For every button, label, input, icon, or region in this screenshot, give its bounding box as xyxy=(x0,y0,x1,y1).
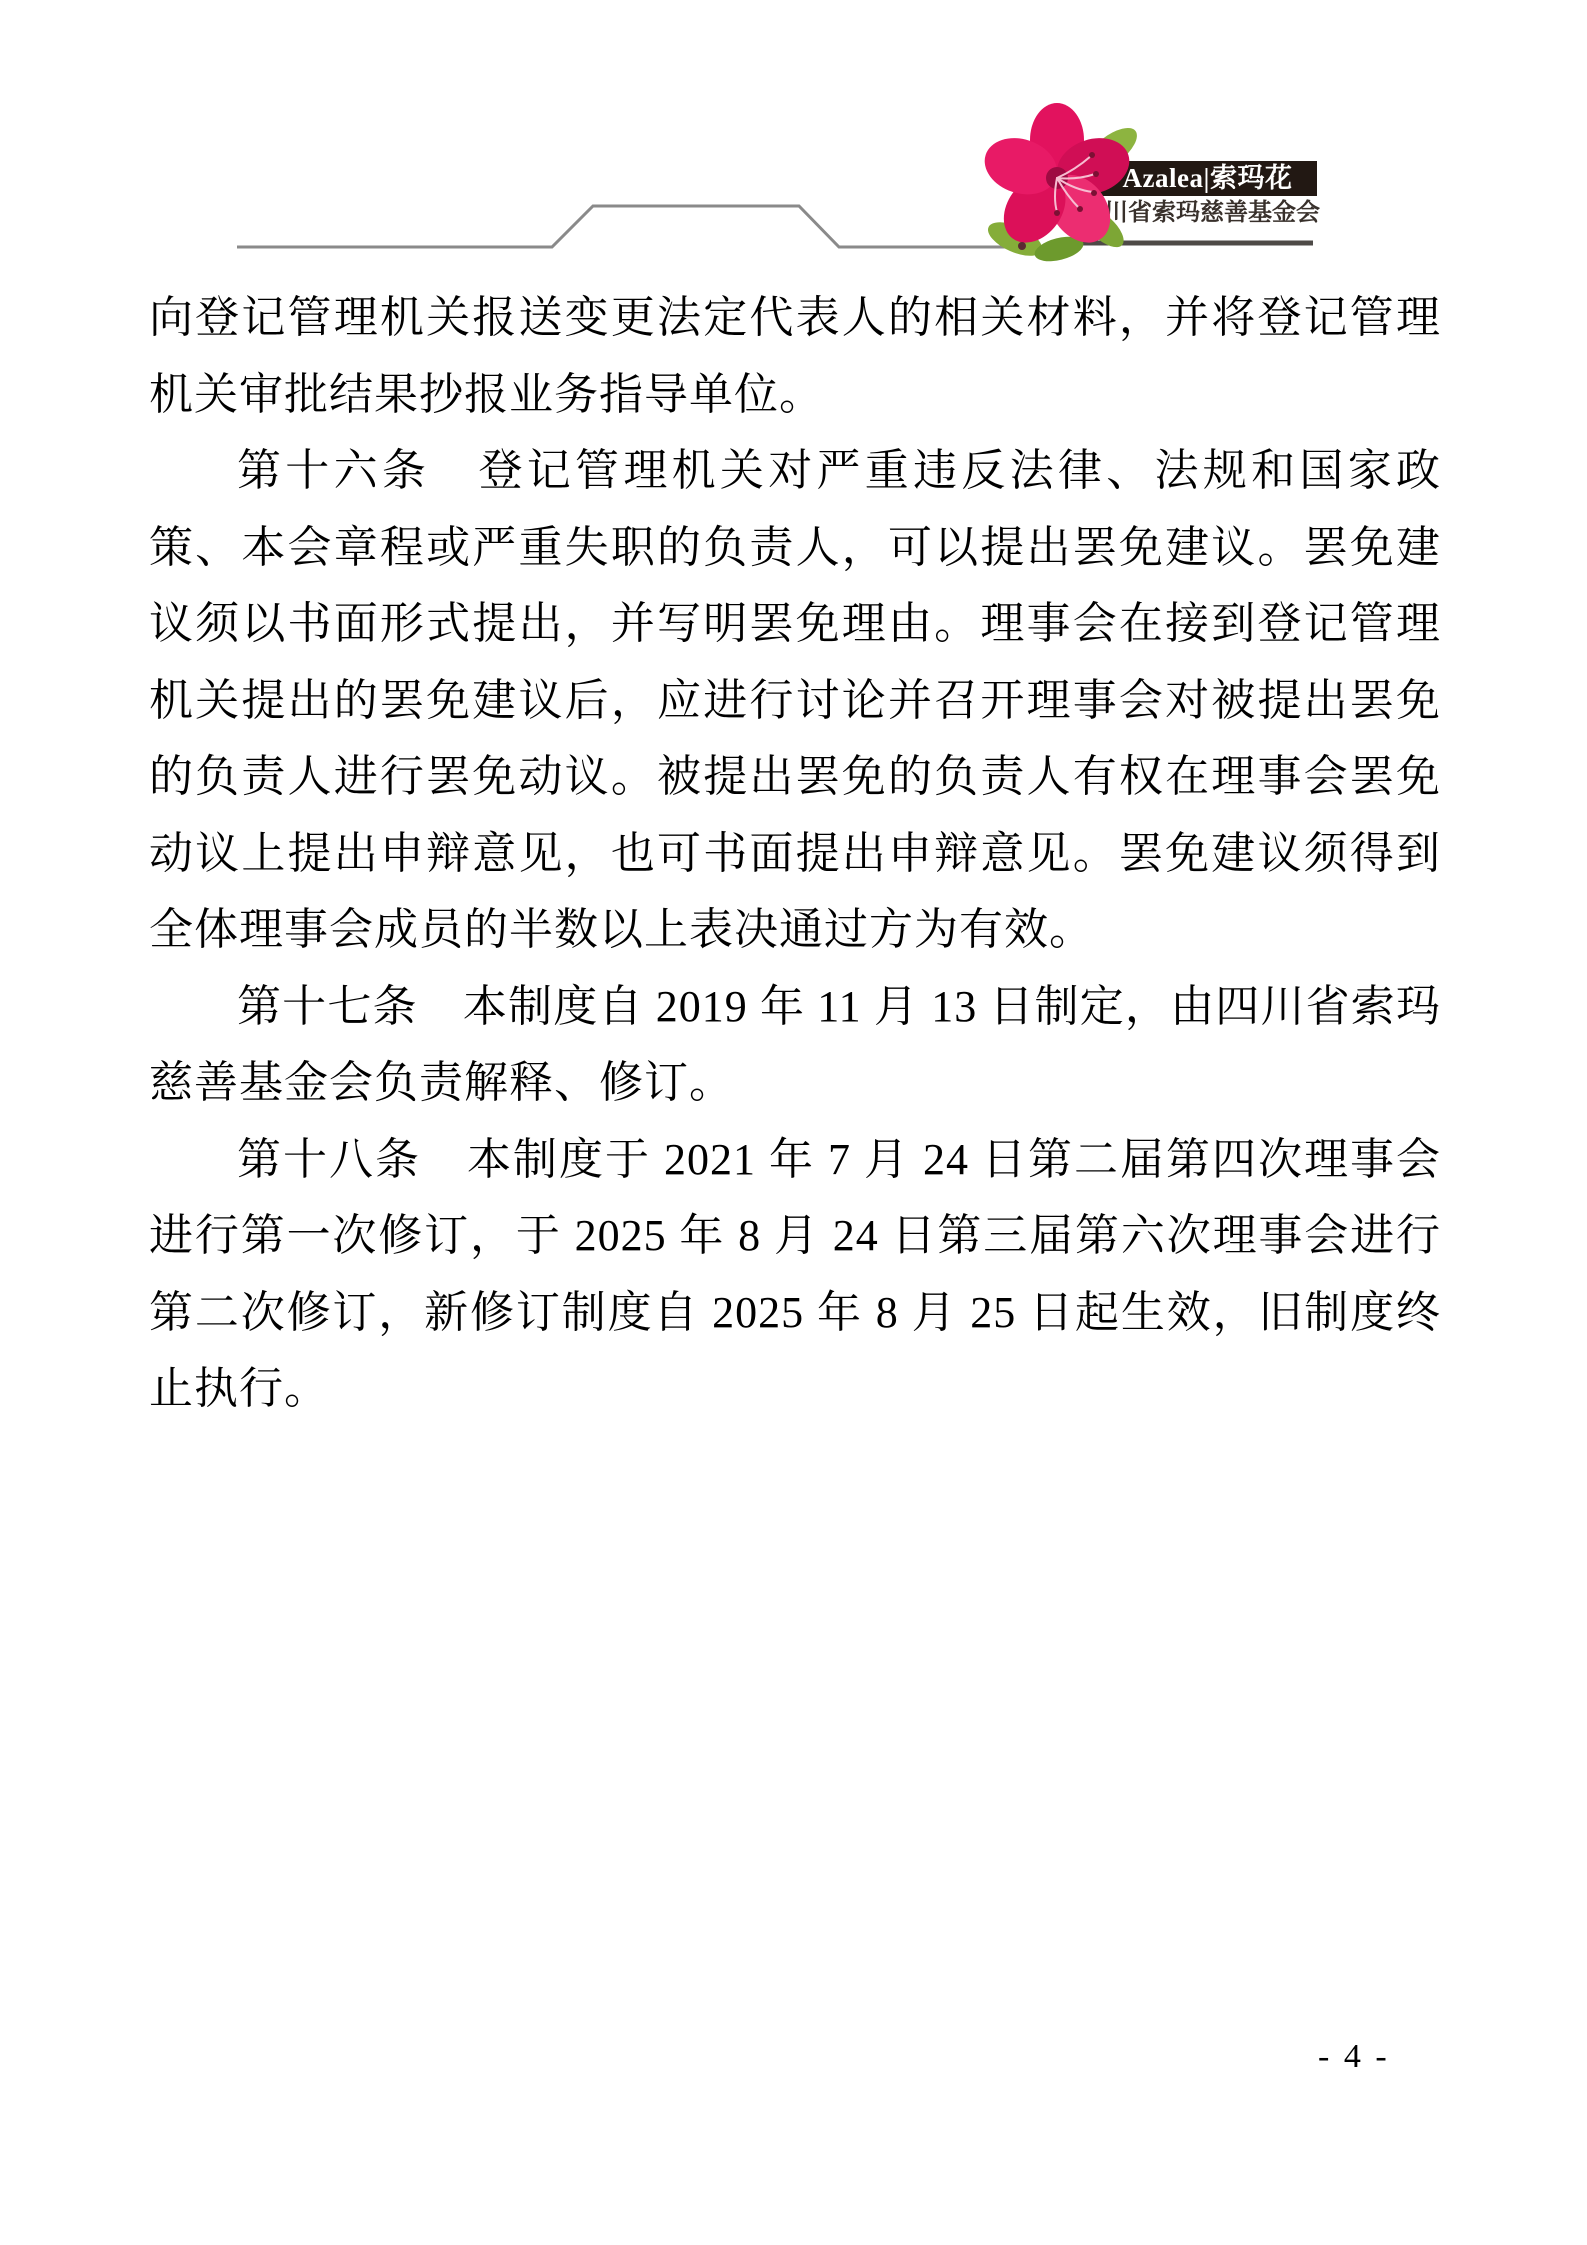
azalea-flower-icon xyxy=(975,100,1145,265)
paragraph-article-18: 第十八条 本制度于 2021 年 7 月 24 日第二届第四次理事会进行第一次修… xyxy=(149,1122,1441,1428)
page-number: - 4 - xyxy=(1318,2038,1390,2076)
document-page: Azalea|索玛花 四川省索玛慈善基金会 xyxy=(0,0,1587,2245)
paragraph-article-16: 第十六条 登记管理机关对严重违反法律、法规和国家政策、本会章程或严重失职的负责人… xyxy=(149,433,1441,969)
paragraph-article-17: 第十七条 本制度自 2019 年 11 月 13 日制定，由四川省索玛慈善基金会… xyxy=(149,969,1441,1122)
header-divider-line xyxy=(0,0,1587,270)
paragraph-continuation: 向登记管理机关报送变更法定代表人的相关材料，并将登记管理机关审批结果抄报业务指导… xyxy=(149,280,1441,433)
document-body: 向登记管理机关报送变更法定代表人的相关材料，并将登记管理机关审批结果抄报业务指导… xyxy=(149,280,1441,1428)
